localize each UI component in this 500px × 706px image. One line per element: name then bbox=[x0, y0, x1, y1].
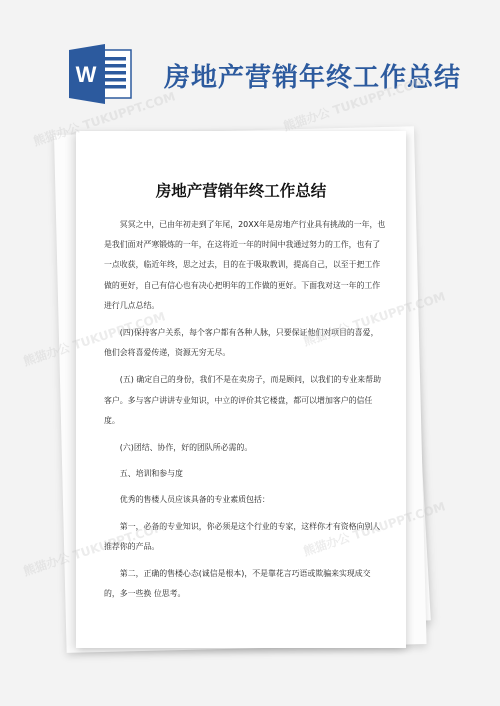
word-icon: W bbox=[69, 44, 133, 104]
svg-text:W: W bbox=[76, 62, 97, 87]
document-body: 冥冥之中，已由年初走到了年尾，20XX年是房地产行业具有挑战的一年，也是我们面对… bbox=[104, 215, 386, 611]
document-page: 房地产营销年终工作总结 冥冥之中，已由年初走到了年尾，20XX年是房地产行业具有… bbox=[76, 131, 406, 648]
paragraph-teamwork: (六)团结、协作，好的团队所必需的。 bbox=[104, 438, 386, 458]
paragraph-first: 第一，必备的专业知识，你必须是这个行业的专家，这样你才有资格向别人推荐你的产品。 bbox=[104, 517, 386, 557]
paragraph-second: 第二，正确的售楼心态(诚信是根本)，不是靠花言巧语或欺骗来实现成交的，多一些换 … bbox=[104, 564, 386, 604]
paragraph-intro: 冥冥之中，已由年初走到了年尾，20XX年是房地产行业具有挑战的一年，也是我们面对… bbox=[104, 215, 386, 316]
paragraph-customer-relations: (四)保持客户关系，每个客户都有各种人脉，只要保证他们对项目的喜爱，他们会将喜爱… bbox=[104, 323, 386, 363]
banner-title: 房地产营销年终工作总结 bbox=[164, 57, 461, 94]
banner-header: W 房地产营销年终工作总结 bbox=[0, 0, 500, 130]
paragraph-identity: (五) 确定自己的身份，我们不是在卖房子，而是顾问，以我们的专业来帮助客户。多与… bbox=[104, 370, 386, 431]
document-title: 房地产营销年终工作总结 bbox=[76, 179, 406, 201]
paragraph-qualities: 优秀的售楼人员应该具备的专业素质包括： bbox=[104, 490, 386, 510]
section-heading-training: 五、培训和参与度 bbox=[104, 464, 386, 484]
